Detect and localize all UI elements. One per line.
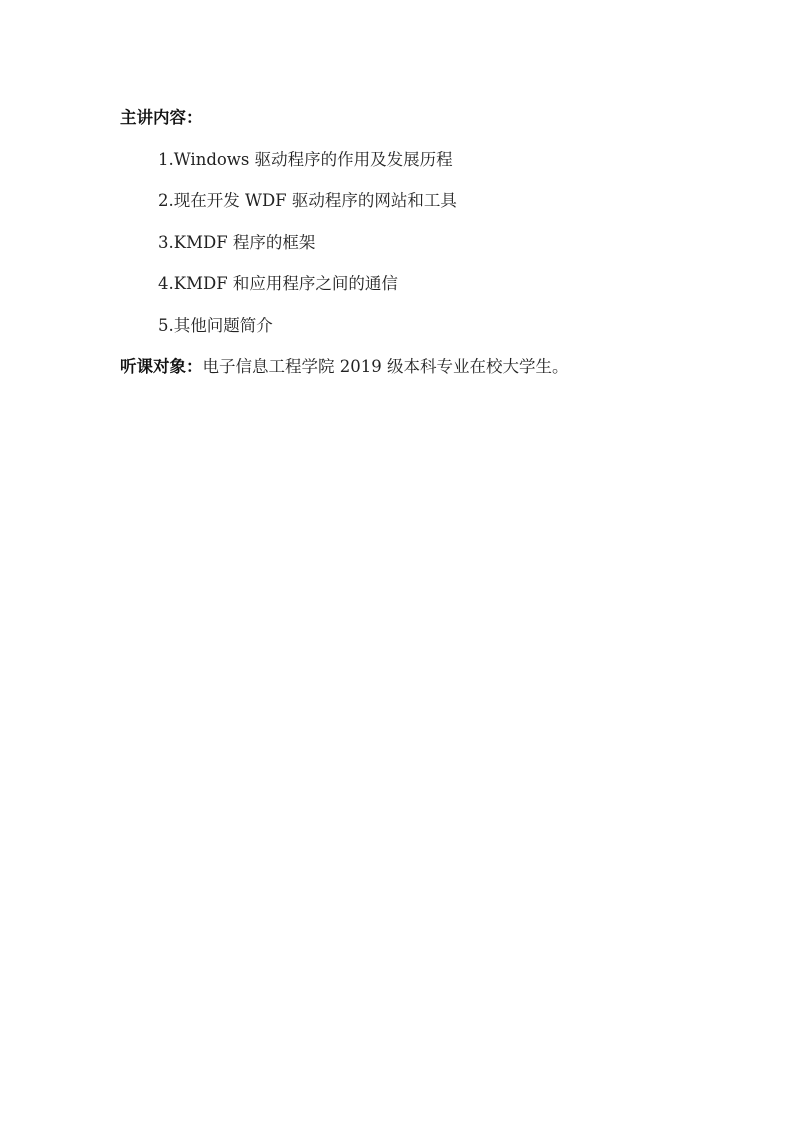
list-item: 2.现在开发 WDF 驱动程序的网站和工具	[158, 190, 457, 212]
section-title: 主讲内容：	[120, 107, 203, 129]
audience-label: 听课对象：	[120, 357, 203, 376]
list-item: 1.Windows 驱动程序的作用及发展历程	[158, 149, 453, 171]
audience-line: 听课对象：电子信息工程学院 2019 级本科专业在校大学生。	[120, 356, 568, 378]
list-item: 4.KMDF 和应用程序之间的通信	[158, 273, 398, 295]
list-item: 3.KMDF 程序的框架	[158, 232, 315, 254]
audience-value: 电子信息工程学院 2019 级本科专业在校大学生。	[203, 357, 569, 376]
list-item: 5.其他问题简介	[158, 315, 273, 337]
